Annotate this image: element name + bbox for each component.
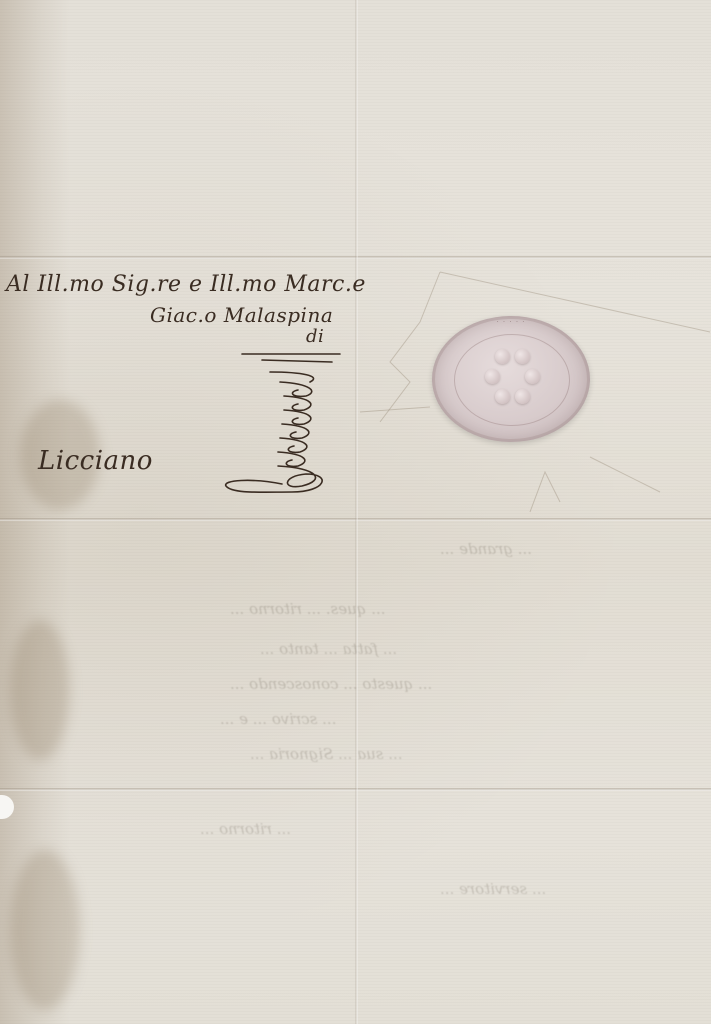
bleed-through-line: ... scrivo ... e ...: [220, 710, 336, 728]
bleed-through-line: ... fatta ... tanto ...: [260, 640, 397, 658]
paper-seal: · · · · ·: [432, 316, 590, 442]
paraph-flourish-icon: [222, 352, 352, 502]
fold-line-vertical: [355, 0, 358, 1024]
bleed-through-line: ... sua ... Signoria ...: [250, 745, 403, 763]
water-stain: [10, 850, 80, 1010]
bleed-through-line: ... ques. ... ritorno ...: [230, 600, 385, 618]
bleed-through-line: ... ritorno ...: [200, 820, 291, 838]
place-name: Licciano: [38, 446, 153, 476]
water-stain: [10, 620, 70, 760]
bleed-through-line: ... servitore ...: [440, 880, 546, 898]
bleed-through-line: ... grande ...: [440, 540, 532, 558]
seal-legend: · · · · ·: [432, 318, 590, 326]
address-line-1: Al Ill.mo Sig.re e Ill.mo Marc.e: [6, 272, 366, 297]
address-line-2: Giac.o Malaspina: [150, 303, 333, 327]
bleed-through-line: ... questo ... conoscendo ...: [230, 675, 432, 693]
seal-coat-of-arms-icon: [454, 334, 570, 426]
address-line-3: di: [306, 326, 324, 347]
